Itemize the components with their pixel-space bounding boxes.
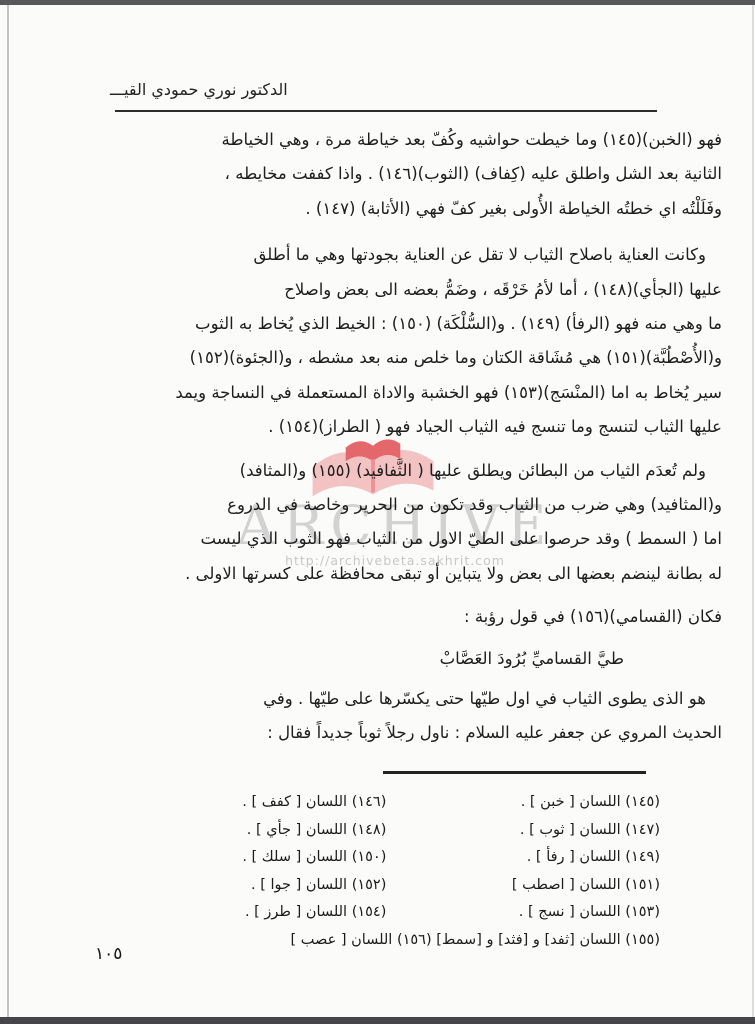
footnote-entry: (١٤٨) اللسان [ جأي ] . <box>90 817 386 845</box>
footnote-entry: (١٤٧) اللسان [ ثوب ] . <box>386 817 660 845</box>
footnote-entry: (١٤٥) اللسان [ خبن ] . <box>386 789 660 817</box>
body-line: وكانت العناية باصلاح الثياب لا تقل عن ال… <box>57 238 722 272</box>
footnotes-block: (١٤٥) اللسان [ خبن ] . (١٤٦) اللسان [ كف… <box>90 789 660 954</box>
body-line: عليها (الجأي)(١٤٨) ، أما لأمُ خَرْقَه ، … <box>57 273 722 307</box>
footnote-entry: (١٤٩) اللسان [ رفأ ] . <box>386 844 660 872</box>
body-line: اما ( السمط ) وقد حرصوا على الطيّ الاول … <box>57 522 722 556</box>
body-line: الثانية بعد الشل واطلق عليه (كِفاف) (الث… <box>57 157 722 191</box>
running-header-author: الدكتور نوري حمودي القيـــ <box>110 80 288 99</box>
footnote-entry: (١٥٠) اللسان [ سلك ] . <box>90 844 386 872</box>
body-line: ما وهي منه فهو (الرفأ) (١٤٩) . و(السُّلْ… <box>57 307 722 341</box>
footnote-entry: (١٥١) اللسان [ اصطب ] <box>386 872 660 900</box>
body-line: الحديث المروي عن جعفر عليه السلام : ناول… <box>57 716 722 750</box>
footnote-entry: (١٥٣) اللسان [ نسج ] . <box>386 899 660 927</box>
footnote-entry-combined: (١٥٥) اللسان [ثفد] و [فثد] و [سمط] (١٥٦)… <box>90 927 660 955</box>
footnote-entry: (١٥٤) اللسان [ طرز ] . <box>90 899 386 927</box>
footnote-separator-rule <box>383 771 646 774</box>
scan-border-bottom <box>0 1017 755 1024</box>
scan-border-top <box>0 0 755 5</box>
body-text-block: فهو (الخبن)(١٤٥) وما خيطت حواشيه وكُفّ ب… <box>57 123 722 751</box>
body-line: هو الذى يطوى الثياب في اول طيّها حتى يكس… <box>57 682 722 716</box>
poem-verse-line: طيَّ القساميِّ بُرُودَ العَصَّابْ <box>57 642 722 676</box>
body-line: سير يُخاط به اما (المنْسَج)(١٥٣) فهو الخ… <box>57 376 722 410</box>
footnote-row: (١٥٣) اللسان [ نسج ] . (١٥٤) اللسان [ طر… <box>90 899 660 927</box>
scan-edge-left <box>7 5 9 1017</box>
body-line: وفَلَلْتُه اي خطتُه الخياطة الأُولى بغير… <box>57 192 722 226</box>
header-rule <box>115 110 657 112</box>
footnote-row: (١٤٥) اللسان [ خبن ] . (١٤٦) اللسان [ كف… <box>90 789 660 817</box>
footnote-row: (١٤٧) اللسان [ ثوب ] . (١٤٨) اللسان [ جأ… <box>90 817 660 845</box>
scan-edge-right <box>752 5 754 1017</box>
body-line: فكان (القسامي)(١٥٦) في قول رؤبة : <box>57 600 722 634</box>
body-line: فهو (الخبن)(١٤٥) وما خيطت حواشيه وكُفّ ب… <box>57 123 722 157</box>
body-line: عليها الثياب لتنسج وما تنسج فيه الثياب ا… <box>57 410 722 444</box>
body-line: ولم تُعدَم الثياب من البطائن ويطلق عليها… <box>57 454 722 488</box>
footnote-row: (١٥١) اللسان [ اصطب ] (١٥٢) اللسان [ جوا… <box>90 872 660 900</box>
scanned-book-page: الدكتور نوري حمودي القيـــ ARCHIVE http:… <box>0 0 755 1024</box>
body-line: له بطانة لينضم بعضها الى بعض ولا يتباين … <box>57 557 722 591</box>
body-line: و(الأُصْطُبَّة)(١٥١) هي مُشَاقة الكتان و… <box>57 341 722 375</box>
footnote-row: (١٤٩) اللسان [ رفأ ] . (١٥٠) اللسان [ سل… <box>90 844 660 872</box>
footnote-entry: (١٥٢) اللسان [ جوا ] . <box>90 872 386 900</box>
footnote-entry: (١٤٦) اللسان [ كفف ] . <box>90 789 386 817</box>
body-line: و(المثافيد) وهي ضرب من الثياب وقد تكون م… <box>57 488 722 522</box>
